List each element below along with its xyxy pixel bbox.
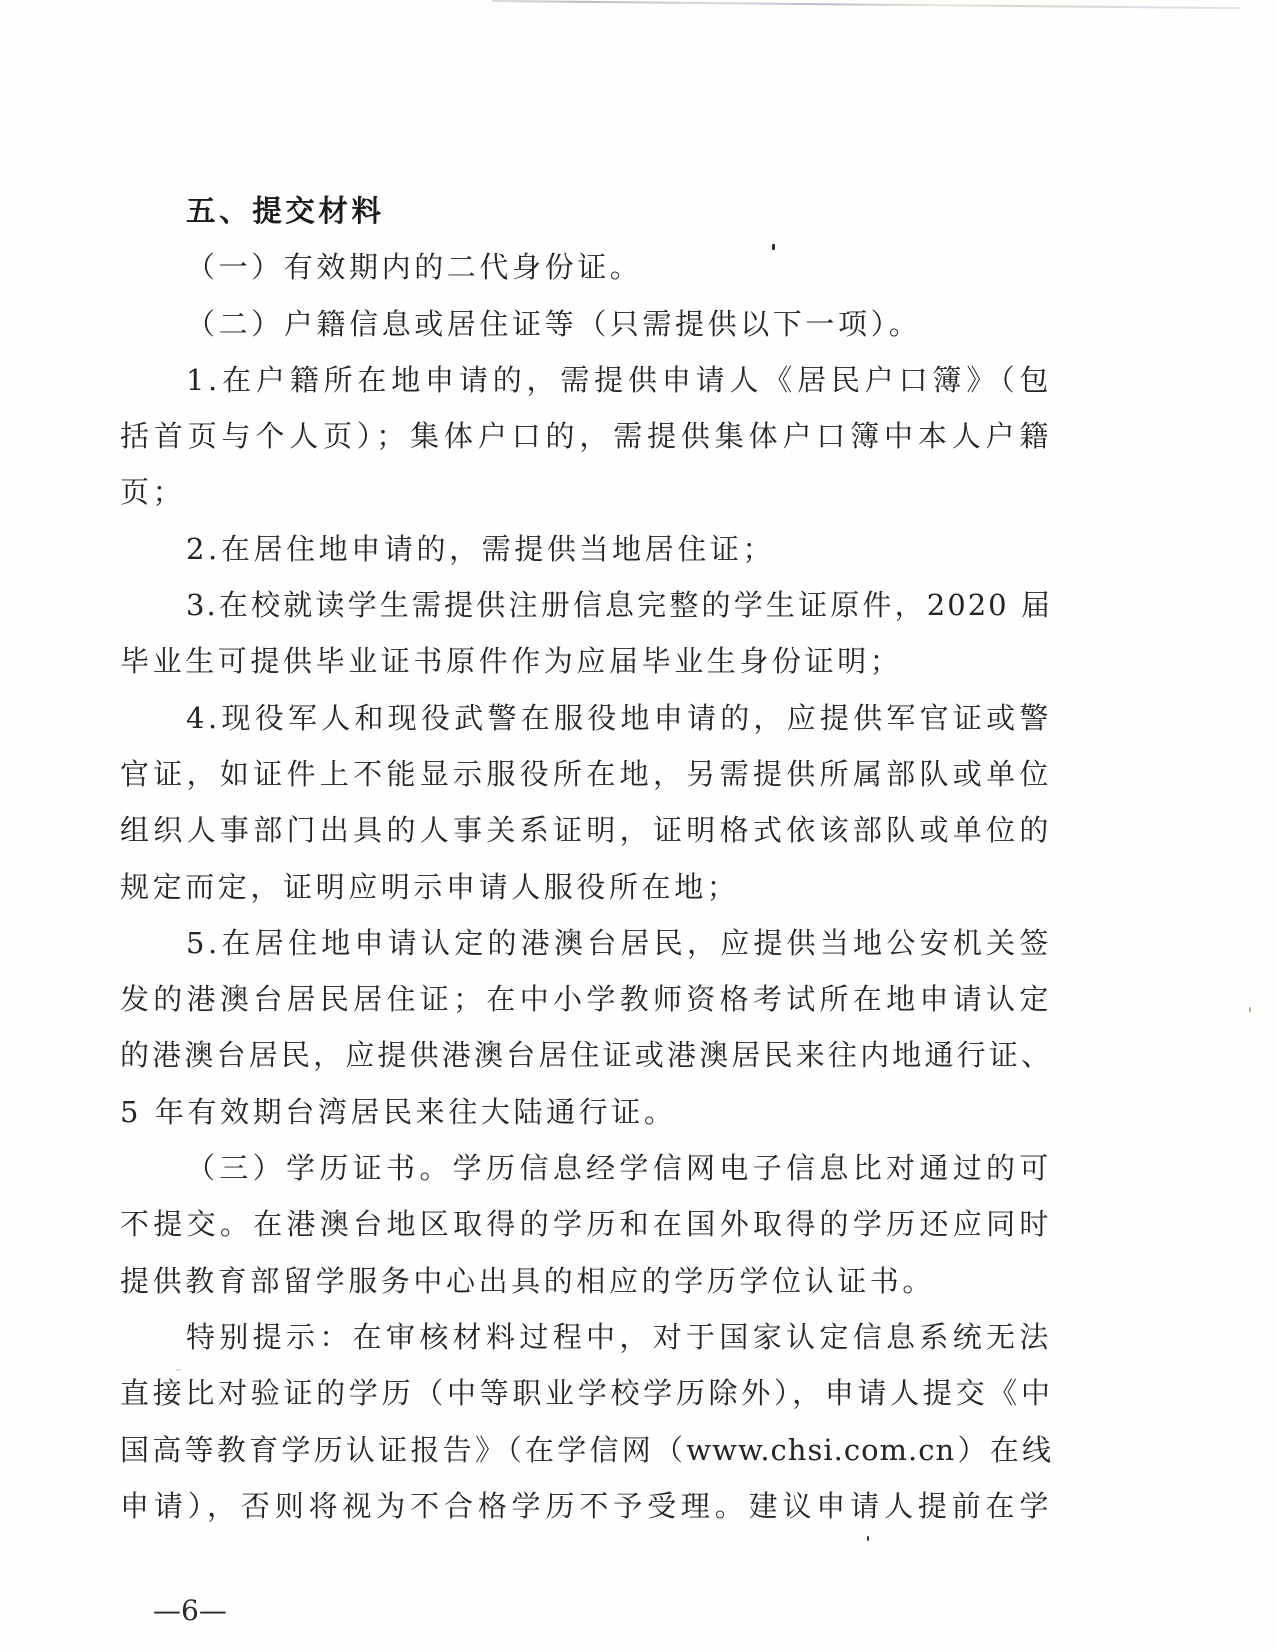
paragraph-id-card: （一）有效期内的二代身份证。 (120, 239, 1052, 295)
text-line: 申请），否则将视为不合格学历不予受理。建议申请人提前在学 (120, 1478, 1052, 1534)
text-line: 直接比对验证的学历（中等职业学校学历除外），申请人提交《中 (120, 1365, 1052, 1421)
paragraph-special-notice: 特别提示：在审核材料过程中，对于国家认定信息系统无法 直接比对验证的学历（中等职… (120, 1309, 1052, 1534)
paragraph-education-certificate: （三）学历证书。学历信息经学信网电子信息比对通过的可 不提交。在港澳台地区取得的… (120, 1140, 1052, 1309)
text-line: 5 年有效期台湾居民来往大陆通行证。 (120, 1084, 1052, 1140)
paragraph-item-4: 4.现役军人和现役武警在服役地申请的，应提供军官证或警 官证，如证件上不能显示服… (120, 690, 1052, 915)
page-number: —6— (153, 1591, 227, 1631)
text-line: 括首页与个人页）；集体户口的，需提供集体户口簿中本人户籍 (120, 408, 1052, 464)
text-line: 1.在户籍所在地申请的，需提供申请人《居民户口簿》（包 (120, 352, 1052, 408)
paragraph-item-1: 1.在户籍所在地申请的，需提供申请人《居民户口簿》（包 括首页与个人页）；集体户… (120, 352, 1052, 521)
text-line: 特别提示：在审核材料过程中，对于国家认定信息系统无法 (120, 1309, 1052, 1365)
text-line: 2.在居住地申请的，需提供当地居住证； (120, 521, 1052, 577)
text-line: 组织人事部门出具的人事关系证明，证明格式依该部队或单位的 (120, 802, 1052, 858)
text-line: （三）学历证书。学历信息经学信网电子信息比对通过的可 (120, 1140, 1052, 1196)
paragraph-item-2: 2.在居住地申请的，需提供当地居住证； (120, 521, 1052, 577)
text-line: 3.在校就读学生需提供注册信息完整的学生证原件，2020 届 (120, 577, 1052, 633)
text-line: 页； (120, 464, 1052, 520)
text-line: 的港澳台居民，应提供港澳台居住证或港澳居民来往内地通行证、 (120, 1027, 1052, 1083)
text-line: 提供教育部留学服务中心出具的相应的学历学位认证书。 (120, 1253, 1052, 1309)
text-line: 5.在居住地申请认定的港澳台居民，应提供当地公安机关签 (120, 915, 1052, 971)
text-line: 发的港澳台居民居住证；在中小学教师资格考试所在地申请认定 (120, 971, 1052, 1027)
paragraph-item-5: 5.在居住地申请认定的港澳台居民，应提供当地公安机关签 发的港澳台居民居住证；在… (120, 915, 1052, 1140)
paragraph-household-or-residence: （二）户籍信息或居住证等（只需提供以下一项）。 (120, 296, 1052, 352)
section-heading: 五、提交材料 (120, 183, 1052, 239)
text-line: 不提交。在港澳台地区取得的学历和在国外取得的学历还应同时 (120, 1196, 1052, 1252)
text-line: 国高等教育学历认证报告》（在学信网（www.chsi.com.cn）在线 (120, 1422, 1052, 1478)
text-line: 毕业生可提供毕业证书原件作为应届毕业生身份证明； (120, 633, 1052, 689)
text-line: 规定而定，证明应明示申请人服役所在地； (120, 859, 1052, 915)
text-line: 官证，如证件上不能显示服役所在地，另需提供所属部队或单位 (120, 746, 1052, 802)
scan-speck (867, 1536, 869, 1541)
paragraph-item-3: 3.在校就读学生需提供注册信息完整的学生证原件，2020 届 毕业生可提供毕业证… (120, 577, 1052, 690)
scan-speck (1249, 1007, 1251, 1012)
document-body: 五、提交材料 （一）有效期内的二代身份证。 （二）户籍信息或居住证等（只需提供以… (120, 183, 1052, 1534)
text-line: （二）户籍信息或居住证等（只需提供以下一项）。 (120, 296, 1052, 352)
text-line: （一）有效期内的二代身份证。 (120, 239, 1052, 295)
scan-edge-line (492, 0, 1240, 9)
text-line: 4.现役军人和现役武警在服役地申请的，应提供军官证或警 (120, 690, 1052, 746)
